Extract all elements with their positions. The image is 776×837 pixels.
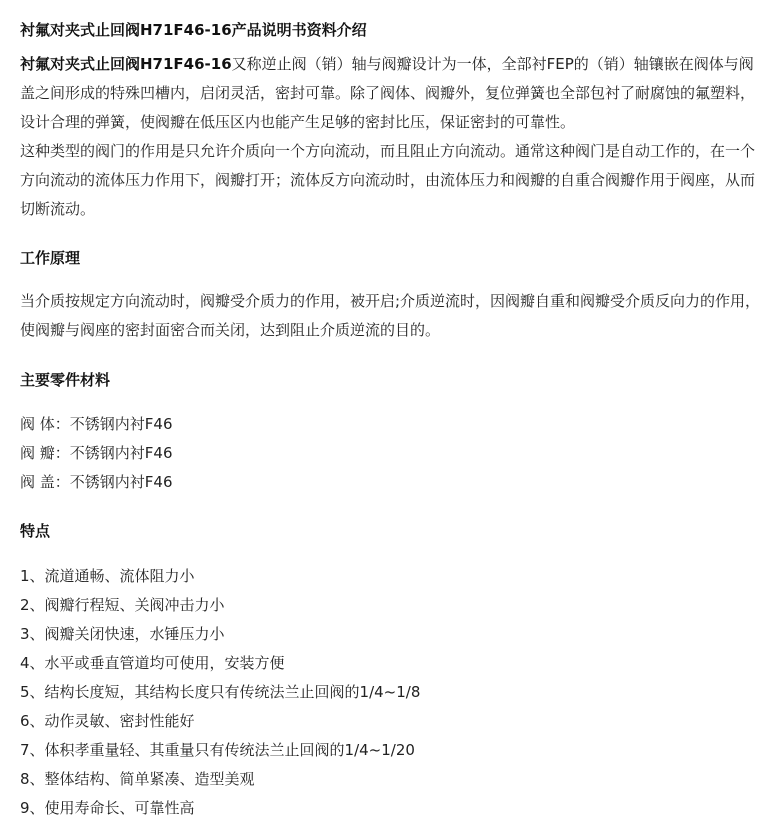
list-item: 9、使用寿命长、可靠性高 [20,794,420,823]
intro-second-paragraph: 这种类型的阀门的作用是只允许介质向一个方向流动，而且阻止方向流动。通常这种阀门是… [20,137,764,224]
list-item: 5、结构长度短，其结构长度只有传统法兰止回阀的1/4~1/8 [20,678,420,707]
list-item: 8、整体结构、简单紧凑、造型美观 [20,765,420,794]
section-heading-materials: 主要零件材料 [20,369,110,391]
list-item: 2、阀瓣行程短、关阀冲击力小 [20,591,420,620]
list-item: 3、阀瓣关闭快速，水锤压力小 [20,620,420,649]
section-heading-features: 特点 [20,520,50,542]
list-item: 阀 瓣：不锈钢内衬F46 [20,439,172,468]
intro-paragraph: 衬氟对夹式止回阀H71F46-16又称逆止阀（销）轴与阀瓣设计为一体，全部衬FE… [20,50,764,137]
page-title: 衬氟对夹式止回阀H71F46-16产品说明书资料介绍 [20,19,367,41]
materials-list: 阀 体：不锈钢内衬F46 阀 瓣：不锈钢内衬F46 阀 盖：不锈钢内衬F46 [20,410,172,497]
section-heading-working-principle: 工作原理 [20,247,80,269]
working-principle-paragraph: 当介质按规定方向流动时，阀瓣受介质力的作用，被开启;介质逆流时，因阀瓣自重和阀瓣… [20,287,764,345]
list-item: 阀 盖：不锈钢内衬F46 [20,468,172,497]
features-list: 1、流道通畅、流体阻力小 2、阀瓣行程短、关阀冲击力小 3、阀瓣关闭快速，水锤压… [20,562,420,823]
list-item: 1、流道通畅、流体阻力小 [20,562,420,591]
list-item: 6、动作灵敏、密封性能好 [20,707,420,736]
list-item: 7、体积孝重量轻、其重量只有传统法兰止回阀的1/4~1/20 [20,736,420,765]
list-item: 4、水平或垂直管道均可使用，安装方便 [20,649,420,678]
list-item: 阀 体：不锈钢内衬F46 [20,410,172,439]
intro-bold-lead: 衬氟对夹式止回阀H71F46-16 [20,55,232,73]
